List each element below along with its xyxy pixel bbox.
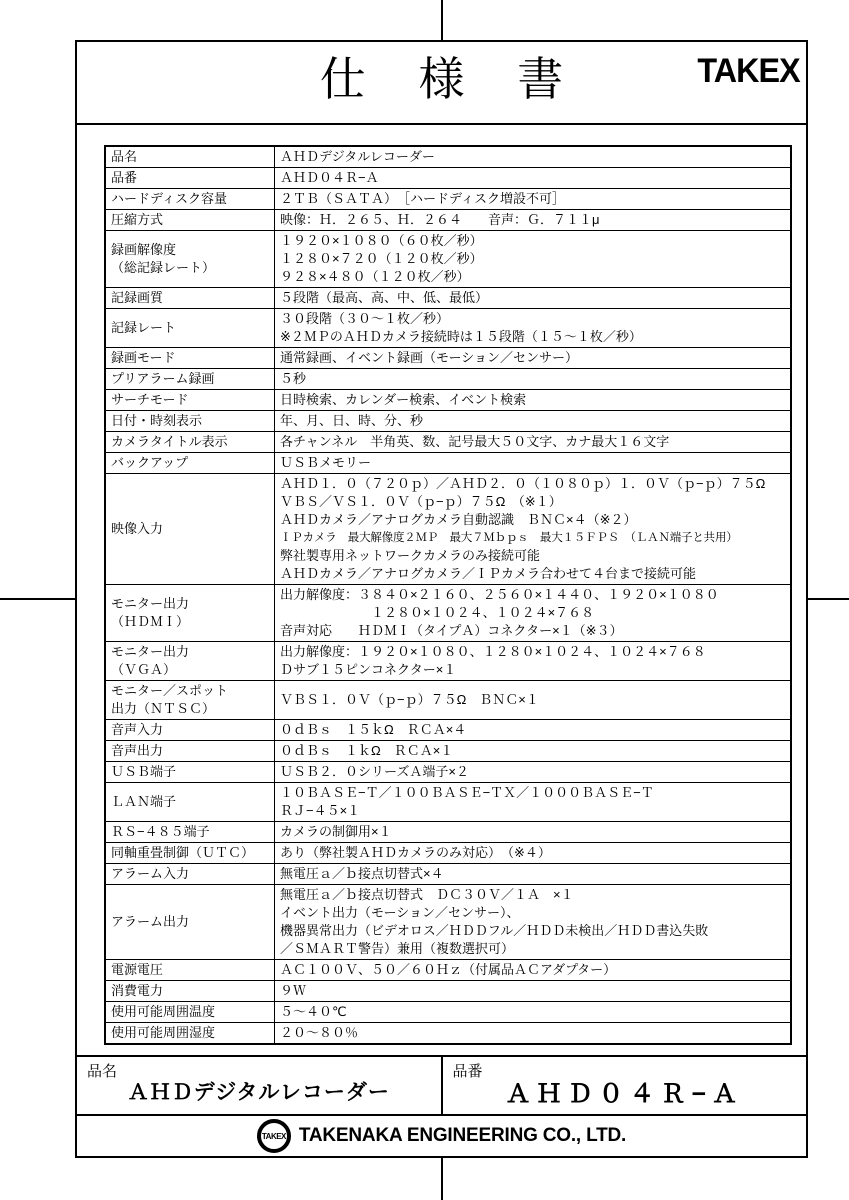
spec-label-line: 使用可能周囲温度 <box>111 1003 269 1021</box>
spec-label-line: 圧縮方式 <box>111 211 269 229</box>
spec-value: ＡＨＤデジタルレコーダー <box>275 146 792 168</box>
spec-label-line: サーチモード <box>111 391 269 409</box>
table-row: 映像入力ＡＨＤ１．０（７２０ｐ）／ＡＨＤ２．０（１０８０ｐ）１．０Ｖ（ｐ−ｐ）７… <box>105 474 791 585</box>
spec-label-line: アラーム入力 <box>111 865 269 883</box>
spec-label-line: 音声入力 <box>111 721 269 739</box>
spec-value: 年、月、日、時、分、秒 <box>275 411 792 432</box>
table-row: 音声出力０ｄＢｓ １ｋΩ ＲＣＡ×１ <box>105 741 791 762</box>
spec-label: ＲＳ−４８５端子 <box>105 822 275 843</box>
spec-value: ＡＨＤ１．０（７２０ｐ）／ＡＨＤ２．０（１０８０ｐ）１．０Ｖ（ｐ−ｐ）７５ΩＶＢ… <box>275 474 792 585</box>
spec-label-line: ＬＡＮ端子 <box>111 793 269 811</box>
spec-value-line: 映像：Ｈ．２６５、Ｈ．２６４ 音声：Ｇ．７１１μ <box>280 211 785 229</box>
table-row: 品名ＡＨＤデジタルレコーダー <box>105 146 791 168</box>
product-name-cell: 品名 ＡＨＤデジタルレコーダー <box>77 1057 443 1114</box>
spec-value-line: 音声対応 ＨＤＭＩ（タイプＡ）コネクター×１（※３） <box>280 622 785 640</box>
table-row: プリアラーム録画５秒 <box>105 369 791 390</box>
spec-value-line: ３０段階（３０〜１枚／秒） <box>280 310 785 328</box>
spec-label: 同軸重畳制御（ＵＴＣ） <box>105 843 275 864</box>
table-row: 記録画質５段階（最高、高、中、低、最低） <box>105 288 791 309</box>
spec-label: サーチモード <box>105 390 275 411</box>
spec-value: ９Ｗ <box>275 981 792 1002</box>
spec-value: ０ｄＢｓ １５ｋΩ ＲＣＡ×４ <box>275 720 792 741</box>
spec-label-line: アラーム出力 <box>111 913 269 931</box>
spec-value: カメラの制御用×１ <box>275 822 792 843</box>
spec-table: 品名ＡＨＤデジタルレコーダー品番ＡＨＤ０４Ｒ−Ａハードディスク容量２ＴＢ（ＳＡＴ… <box>104 145 792 1045</box>
spec-value-line: 弊社製専用ネットワークカメラのみ接続可能 <box>280 547 785 565</box>
spec-label-line: （総記録レート） <box>111 259 269 277</box>
spec-label: 消費電力 <box>105 981 275 1002</box>
spec-label-line: バックアップ <box>111 454 269 472</box>
table-row: サーチモード日時検索、カレンダー検索、イベント検索 <box>105 390 791 411</box>
spec-value: 無電圧ａ／ｂ接点切替式×４ <box>275 864 792 885</box>
spec-value-line: ＵＳＢメモリー <box>280 454 785 472</box>
spec-value-line: １２８０×７２０（１２０枚／秒） <box>280 250 785 268</box>
spec-label-line: 品番 <box>111 169 269 187</box>
spec-label: プリアラーム録画 <box>105 369 275 390</box>
spec-value-line: ０ｄＢｓ １５ｋΩ ＲＣＡ×４ <box>280 721 785 739</box>
spec-label-line: 電源電圧 <box>111 961 269 979</box>
product-name-label: 品名 <box>87 1060 117 1081</box>
spec-value-line: ５〜４０℃ <box>280 1003 785 1021</box>
table-row: 記録レート３０段階（３０〜１枚／秒）※２ＭＰのＡＨＤカメラ接続時は１５段階（１５… <box>105 309 791 348</box>
spec-label: モニター／スポット出力（ＮＴＳＣ） <box>105 681 275 720</box>
spec-label: アラーム出力 <box>105 885 275 960</box>
table-row: モニター出力（ＶＧＡ）出力解像度：１９２０×１０８０、１２８０×１０２４、１０２… <box>105 642 791 681</box>
spec-value: 出力解像度：１９２０×１０８０、１２８０×１０２４、１０２４×７６８Ｄサブ１５ピ… <box>275 642 792 681</box>
document-header: 仕 様 書 TAKEX <box>77 42 806 125</box>
spec-value-line: ＲＪ−４５×１ <box>280 802 785 820</box>
spec-value: ＵＳＢメモリー <box>275 453 792 474</box>
spec-value-line: 無電圧ａ／ｂ接点切替式×４ <box>280 865 785 883</box>
spec-value: 日時検索、カレンダー検索、イベント検索 <box>275 390 792 411</box>
crop-mark-right <box>807 598 849 600</box>
table-row: 音声入力０ｄＢｓ １５ｋΩ ＲＣＡ×４ <box>105 720 791 741</box>
spec-value: １９２０×１０８０（６０枚／秒）１２８０×７２０（１２０枚／秒）９２８×４８０（… <box>275 231 792 288</box>
spec-label-line: 同軸重畳制御（ＵＴＣ） <box>111 844 269 862</box>
spec-value: ０ｄＢｓ １ｋΩ ＲＣＡ×１ <box>275 741 792 762</box>
spec-label: 使用可能周囲湿度 <box>105 1023 275 1045</box>
spec-sheet-page: 仕 様 書 TAKEX 品名ＡＨＤデジタルレコーダー品番ＡＨＤ０４Ｒ−Ａハードデ… <box>0 0 849 1200</box>
spec-value: ３０段階（３０〜１枚／秒）※２ＭＰのＡＨＤカメラ接続時は１５段階（１５〜１枚／秒… <box>275 309 792 348</box>
spec-label-line: 出力（ＮＴＳＣ） <box>111 700 269 718</box>
spec-value-line: Ｄサブ１５ピンコネクター×１ <box>280 661 785 679</box>
company-name: TAKENAKA ENGINEERING CO., LTD. <box>299 1125 626 1147</box>
table-row: 使用可能周囲湿度２０〜８０％ <box>105 1023 791 1045</box>
spec-value: あり（弊社製ＡＨＤカメラのみ対応） （※４） <box>275 843 792 864</box>
spec-label-line: モニター／スポット <box>111 682 269 700</box>
takex-logo: TAKEX <box>698 52 800 91</box>
spec-value-line: ０ｄＢｓ １ｋΩ ＲＣＡ×１ <box>280 742 785 760</box>
spec-label-line: 音声出力 <box>111 742 269 760</box>
spec-value: ２ＴＢ（ＳＡＴＡ） ［ハードディスク増設不可］ <box>275 189 792 210</box>
spec-value-line: ５段階（最高、高、中、低、最低） <box>280 289 785 307</box>
spec-value-line: ２ＴＢ（ＳＡＴＡ） ［ハードディスク増設不可］ <box>280 190 785 208</box>
spec-value-line: カメラの制御用×１ <box>280 823 785 841</box>
spec-value-line: ＡＨＤ１．０（７２０ｐ）／ＡＨＤ２．０（１０８０ｐ）１．０Ｖ（ｐ−ｐ）７５Ω <box>280 475 785 493</box>
table-row: アラーム出力無電圧ａ／ｂ接点切替式 ＤＣ３０Ｖ／１Ａ ×１イベント出力（モーショ… <box>105 885 791 960</box>
spec-value-line: 無電圧ａ／ｂ接点切替式 ＤＣ３０Ｖ／１Ａ ×１ <box>280 886 785 904</box>
spec-label-line: 映像入力 <box>111 520 269 538</box>
spec-value-line: ＶＢＳ／ＶＳ１．０Ｖ（ｐ−ｐ）７５Ω （※１） <box>280 493 785 511</box>
table-row: ＵＳＢ端子ＵＳＢ２．０シリーズＡ端子×２ <box>105 762 791 783</box>
spec-label: 電源電圧 <box>105 960 275 981</box>
spec-label: モニター出力（ＨＤＭＩ） <box>105 585 275 642</box>
spec-value-line: ＡＨＤカメラ／アナログカメラ自動認識 ＢＮＣ×４（※２） <box>280 511 785 529</box>
spec-label: バックアップ <box>105 453 275 474</box>
spec-value-line: ＡＨＤカメラ／アナログカメラ／ＩＰカメラ合わせて４台まで接続可能 <box>280 565 785 583</box>
table-row: ハードディスク容量２ＴＢ（ＳＡＴＡ） ［ハードディスク増設不可］ <box>105 189 791 210</box>
spec-value: 映像：Ｈ．２６５、Ｈ．２６４ 音声：Ｇ．７１１μ <box>275 210 792 231</box>
table-row: ＬＡＮ端子１０ＢＡＳＥ−Ｔ／１００ＢＡＳＥ−ＴＸ／１０００ＢＡＳＥ−ＴＲＪ−４５… <box>105 783 791 822</box>
spec-value: ２０〜８０％ <box>275 1023 792 1045</box>
spec-value-line: 出力解像度：３８４０×２１６０、２５６０×１４４０、１９２０×１０８０ <box>280 586 785 604</box>
spec-label: 記録画質 <box>105 288 275 309</box>
spec-label: 記録レート <box>105 309 275 348</box>
spec-label-line: モニター出力 <box>111 595 269 613</box>
spec-value-line: ２０〜８０％ <box>280 1024 785 1042</box>
table-row: カメラタイトル表示各チャンネル 半角英、数、記号最大５０文字、カナ最大１６文字 <box>105 432 791 453</box>
spec-document: 仕 様 書 TAKEX 品名ＡＨＤデジタルレコーダー品番ＡＨＤ０４Ｒ−Ａハードデ… <box>75 40 808 1158</box>
table-row: 日付・時刻表示年、月、日、時、分、秒 <box>105 411 791 432</box>
product-name-value: ＡＨＤデジタルレコーダー <box>77 1057 441 1106</box>
spec-value: ＡＨＤ０４Ｒ−Ａ <box>275 168 792 189</box>
spec-label: アラーム入力 <box>105 864 275 885</box>
table-row: 消費電力９Ｗ <box>105 981 791 1002</box>
spec-value-line: ／ＳＭＡＲＴ警告）兼用（複数選択可） <box>280 940 785 958</box>
spec-label: カメラタイトル表示 <box>105 432 275 453</box>
spec-value-line: ＩＰカメラ 最大解像度２ＭＰ 最大７Ｍｂｐｓ 最大１５ＦＰＳ （ＬＡＮ端子と共用… <box>280 529 785 547</box>
spec-label: モニター出力（ＶＧＡ） <box>105 642 275 681</box>
spec-label: 品番 <box>105 168 275 189</box>
spec-value: 出力解像度：３８４０×２１６０、２５６０×１４４０、１９２０×１０８０ １２８０… <box>275 585 792 642</box>
spec-value: １０ＢＡＳＥ−Ｔ／１００ＢＡＳＥ−ＴＸ／１０００ＢＡＳＥ−ＴＲＪ−４５×１ <box>275 783 792 822</box>
spec-label: ハードディスク容量 <box>105 189 275 210</box>
crop-mark-bottom <box>441 1158 443 1200</box>
spec-label-line: （ＶＧＡ） <box>111 661 269 679</box>
table-row: アラーム入力無電圧ａ／ｂ接点切替式×４ <box>105 864 791 885</box>
spec-label-line: プリアラーム録画 <box>111 370 269 388</box>
bottom-section: 品名 ＡＨＤデジタルレコーダー 品番 ＡＨＤ０４Ｒ−Ａ TAKEX TAKENA… <box>77 1055 806 1156</box>
crop-mark-top <box>441 0 443 42</box>
spec-value-line: １０ＢＡＳＥ−Ｔ／１００ＢＡＳＥ−ＴＸ／１０００ＢＡＳＥ−Ｔ <box>280 784 785 802</box>
spec-value-line: ＡＣ１００Ｖ、５０／６０Ｈｚ（付属品ＡＣアダプター） <box>280 961 785 979</box>
spec-label-line: 記録画質 <box>111 289 269 307</box>
spec-label: 圧縮方式 <box>105 210 275 231</box>
table-row: モニター／スポット出力（ＮＴＳＣ）ＶＢＳ１．０Ｖ（ｐ−ｐ）７５Ω ＢＮＣ×１ <box>105 681 791 720</box>
spec-label-line: （ＨＤＭＩ） <box>111 613 269 631</box>
table-row: 録画モード通常録画、イベント録画（モーション／センサー） <box>105 348 791 369</box>
spec-value: 無電圧ａ／ｂ接点切替式 ＤＣ３０Ｖ／１Ａ ×１イベント出力（モーション／センサー… <box>275 885 792 960</box>
product-model-value: ＡＨＤ０４Ｒ−Ａ <box>443 1057 807 1110</box>
spec-value-line: ＡＨＤ０４Ｒ−Ａ <box>280 169 785 187</box>
spec-label: 日付・時刻表示 <box>105 411 275 432</box>
table-row: ＲＳ−４８５端子カメラの制御用×１ <box>105 822 791 843</box>
spec-value: ５秒 <box>275 369 792 390</box>
spec-label: 録画モード <box>105 348 275 369</box>
spec-label-line: 品名 <box>111 148 269 166</box>
spec-value-line: 機器異常出力（ビデオロス／ＨＤＤフル／ＨＤＤ未検出／ＨＤＤ書込失敗 <box>280 922 785 940</box>
spec-label-line: カメラタイトル表示 <box>111 433 269 451</box>
table-row: 電源電圧ＡＣ１００Ｖ、５０／６０Ｈｚ（付属品ＡＣアダプター） <box>105 960 791 981</box>
spec-value: 通常録画、イベント録画（モーション／センサー） <box>275 348 792 369</box>
spec-label: 録画解像度（総記録レート） <box>105 231 275 288</box>
table-row: モニター出力（ＨＤＭＩ）出力解像度：３８４０×２１６０、２５６０×１４４０、１９… <box>105 585 791 642</box>
spec-value: ＵＳＢ２．０シリーズＡ端子×２ <box>275 762 792 783</box>
spec-label-line: ＲＳ−４８５端子 <box>111 823 269 841</box>
spec-value: ＡＣ１００Ｖ、５０／６０Ｈｚ（付属品ＡＣアダプター） <box>275 960 792 981</box>
spec-table-body: 品名ＡＨＤデジタルレコーダー品番ＡＨＤ０４Ｒ−Ａハードディスク容量２ＴＢ（ＳＡＴ… <box>105 146 791 1044</box>
spec-label: ＬＡＮ端子 <box>105 783 275 822</box>
spec-value: ５段階（最高、高、中、低、最低） <box>275 288 792 309</box>
spec-label: 使用可能周囲温度 <box>105 1002 275 1023</box>
spec-label: 音声入力 <box>105 720 275 741</box>
spec-value: ＶＢＳ１．０Ｖ（ｐ−ｐ）７５Ω ＢＮＣ×１ <box>275 681 792 720</box>
spec-label-line: ＵＳＢ端子 <box>111 763 269 781</box>
spec-label-line: 録画モード <box>111 349 269 367</box>
spec-value-line: 各チャンネル 半角英、数、記号最大５０文字、カナ最大１６文字 <box>280 433 785 451</box>
table-row: 圧縮方式映像：Ｈ．２６５、Ｈ．２６４ 音声：Ｇ．７１１μ <box>105 210 791 231</box>
table-row: 使用可能周囲温度５〜４０℃ <box>105 1002 791 1023</box>
spec-value-line: ９Ｗ <box>280 982 785 1000</box>
spec-value-line: ５秒 <box>280 370 785 388</box>
product-row: 品名 ＡＨＤデジタルレコーダー 品番 ＡＨＤ０４Ｒ−Ａ <box>77 1055 806 1114</box>
spec-value-line: 通常録画、イベント録画（モーション／センサー） <box>280 349 785 367</box>
takex-seal-icon: TAKEX <box>257 1119 291 1153</box>
spec-label-line: 消費電力 <box>111 982 269 1000</box>
spec-label-line: 録画解像度 <box>111 241 269 259</box>
spec-label: 音声出力 <box>105 741 275 762</box>
spec-label: 品名 <box>105 146 275 168</box>
spec-value-line: ※２ＭＰのＡＨＤカメラ接続時は１５段階（１５〜１枚／秒） <box>280 328 785 346</box>
spec-label-line: 使用可能周囲湿度 <box>111 1024 269 1042</box>
spec-value: 各チャンネル 半角英、数、記号最大５０文字、カナ最大１６文字 <box>275 432 792 453</box>
spec-label-line: 日付・時刻表示 <box>111 412 269 430</box>
spec-value-line: １２８０×１０２４、１０２４×７６８ <box>280 604 785 622</box>
spec-label: ＵＳＢ端子 <box>105 762 275 783</box>
spec-value-line: ９２８×４８０（１２０枚／秒） <box>280 268 785 286</box>
spec-value-line: イベント出力（モーション／センサー）、 <box>280 904 785 922</box>
table-row: 品番ＡＨＤ０４Ｒ−Ａ <box>105 168 791 189</box>
product-model-cell: 品番 ＡＨＤ０４Ｒ−Ａ <box>443 1057 807 1114</box>
spec-value-line: ＡＨＤデジタルレコーダー <box>280 148 785 166</box>
crop-mark-left <box>0 598 77 600</box>
table-row: 録画解像度（総記録レート）１９２０×１０８０（６０枚／秒）１２８０×７２０（１２… <box>105 231 791 288</box>
spec-label-line: 記録レート <box>111 319 269 337</box>
spec-value-line: あり（弊社製ＡＨＤカメラのみ対応） （※４） <box>280 844 785 862</box>
product-model-label: 品番 <box>453 1060 483 1081</box>
spec-value-line: ＶＢＳ１．０Ｖ（ｐ−ｐ）７５Ω ＢＮＣ×１ <box>280 691 785 709</box>
spec-value-line: ＵＳＢ２．０シリーズＡ端子×２ <box>280 763 785 781</box>
spec-label-line: モニター出力 <box>111 643 269 661</box>
spec-value: ５〜４０℃ <box>275 1002 792 1023</box>
spec-value-line: 日時検索、カレンダー検索、イベント検索 <box>280 391 785 409</box>
spec-value-line: 出力解像度：１９２０×１０８０、１２８０×１０２４、１０２４×７６８ <box>280 643 785 661</box>
spec-label: 映像入力 <box>105 474 275 585</box>
spec-label-line: ハードディスク容量 <box>111 190 269 208</box>
table-row: バックアップＵＳＢメモリー <box>105 453 791 474</box>
table-row: 同軸重畳制御（ＵＴＣ）あり（弊社製ＡＨＤカメラのみ対応） （※４） <box>105 843 791 864</box>
spec-value-line: 年、月、日、時、分、秒 <box>280 412 785 430</box>
company-footer: TAKEX TAKENAKA ENGINEERING CO., LTD. <box>77 1114 806 1156</box>
spec-table-section: 品名ＡＨＤデジタルレコーダー品番ＡＨＤ０４Ｒ−Ａハードディスク容量２ＴＢ（ＳＡＴ… <box>77 125 806 1045</box>
spec-value-line: １９２０×１０８０（６０枚／秒） <box>280 232 785 250</box>
